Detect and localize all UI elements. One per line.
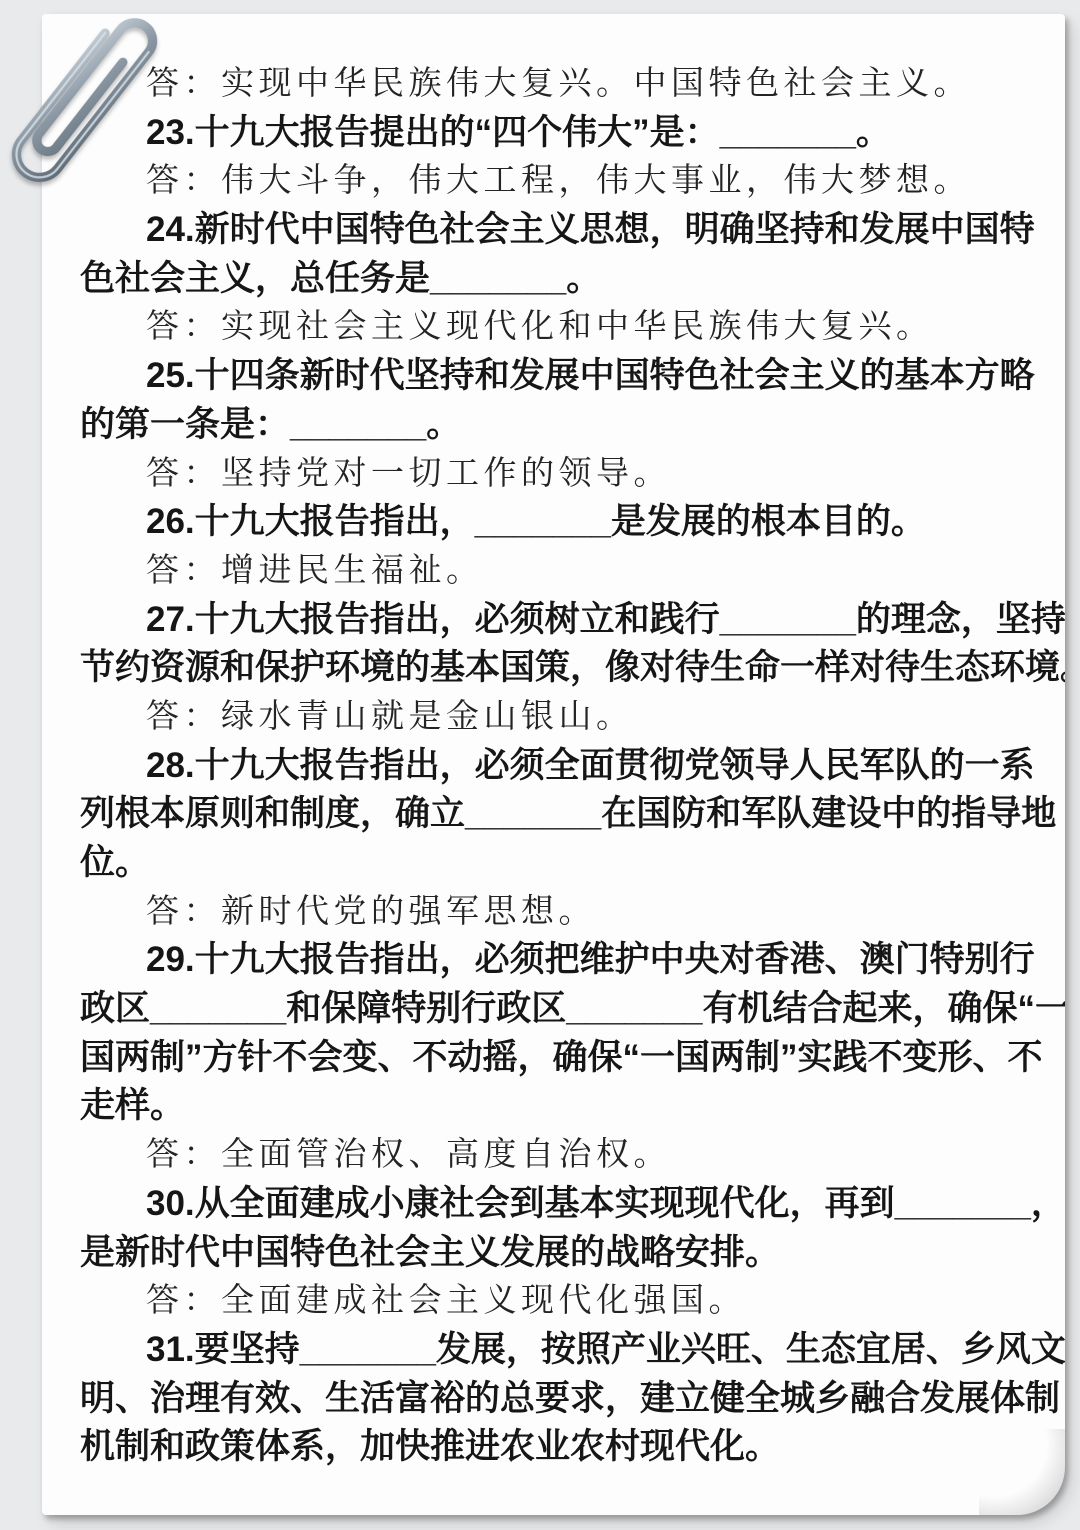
- page-content: 答：实现中华民族伟大复兴。中国特色社会主义。23.十九大报告提出的“四个伟大”是…: [42, 14, 1065, 1515]
- question-line: 是新时代中国特色社会主义发展的战略安排。: [80, 1229, 1047, 1278]
- answer-line: 答：绿水青山就是金山银山。: [80, 693, 1047, 742]
- question-line: 30.从全面建成小康社会到基本实现现代化，再到_______，: [80, 1180, 1047, 1229]
- question-line: 明、治理有效、生活富裕的总要求，建立健全城乡融合发展体制: [80, 1375, 1047, 1424]
- answer-line: 答：全面建成社会主义现代化强国。: [80, 1277, 1047, 1326]
- question-line: 国两制”方针不会变、不动摇，确保“一国两制”实践不变形、不: [80, 1034, 1047, 1083]
- question-line: 位。: [80, 839, 1047, 888]
- question-line: 的第一条是：_______。: [80, 401, 1047, 450]
- paper-sheet: 答：实现中华民族伟大复兴。中国特色社会主义。23.十九大报告提出的“四个伟大”是…: [42, 14, 1065, 1515]
- question-line: 25.十四条新时代坚持和发展中国特色社会主义的基本方略: [80, 352, 1047, 401]
- answer-line: 答：实现社会主义现代化和中华民族伟大复兴。: [80, 303, 1047, 352]
- answer-line: 答：坚持党对一切工作的领导。: [80, 450, 1047, 499]
- answer-line: 答：实现中华民族伟大复兴。中国特色社会主义。: [80, 60, 1047, 109]
- question-line: 31.要坚持_______发展，按照产业兴旺、生态宜居、乡风文: [80, 1326, 1047, 1375]
- question-line: 政区_______和保障特别行政区_______有机结合起来，确保“一: [80, 985, 1047, 1034]
- question-line: 24.新时代中国特色社会主义思想，明确坚持和发展中国特: [80, 206, 1047, 255]
- question-line: 29.十九大报告指出，必须把维护中央对香港、澳门特别行: [80, 936, 1047, 985]
- question-line: 列根本原则和制度，确立_______在国防和军队建设中的指导地: [80, 790, 1047, 839]
- question-line: 27.十九大报告指出，必须树立和践行_______的理念，坚持: [80, 596, 1047, 645]
- question-line: 走样。: [80, 1082, 1047, 1131]
- question-line: 26.十九大报告指出，_______是发展的根本目的。: [80, 498, 1047, 547]
- question-line: 色社会主义，总任务是_______。: [80, 255, 1047, 304]
- question-line: 28.十九大报告指出，必须全面贯彻党领导人民军队的一系: [80, 742, 1047, 791]
- question-line: 机制和政策体系，加快推进农业农村现代化。: [80, 1423, 1047, 1472]
- question-line: 23.十九大报告提出的“四个伟大”是：_______。: [80, 109, 1047, 158]
- answer-line: 答：伟大斗争，伟大工程，伟大事业，伟大梦想。: [80, 157, 1047, 206]
- scanned-quiz-page: 答：实现中华民族伟大复兴。中国特色社会主义。23.十九大报告提出的“四个伟大”是…: [0, 0, 1080, 1530]
- answer-line: 答：增进民生福祉。: [80, 547, 1047, 596]
- question-line: 节约资源和保护环境的基本国策，像对待生命一样对待生态环境。: [80, 644, 1047, 693]
- answer-line: 答：新时代党的强军思想。: [80, 888, 1047, 937]
- answer-line: 答：全面管治权、高度自治权。: [80, 1131, 1047, 1180]
